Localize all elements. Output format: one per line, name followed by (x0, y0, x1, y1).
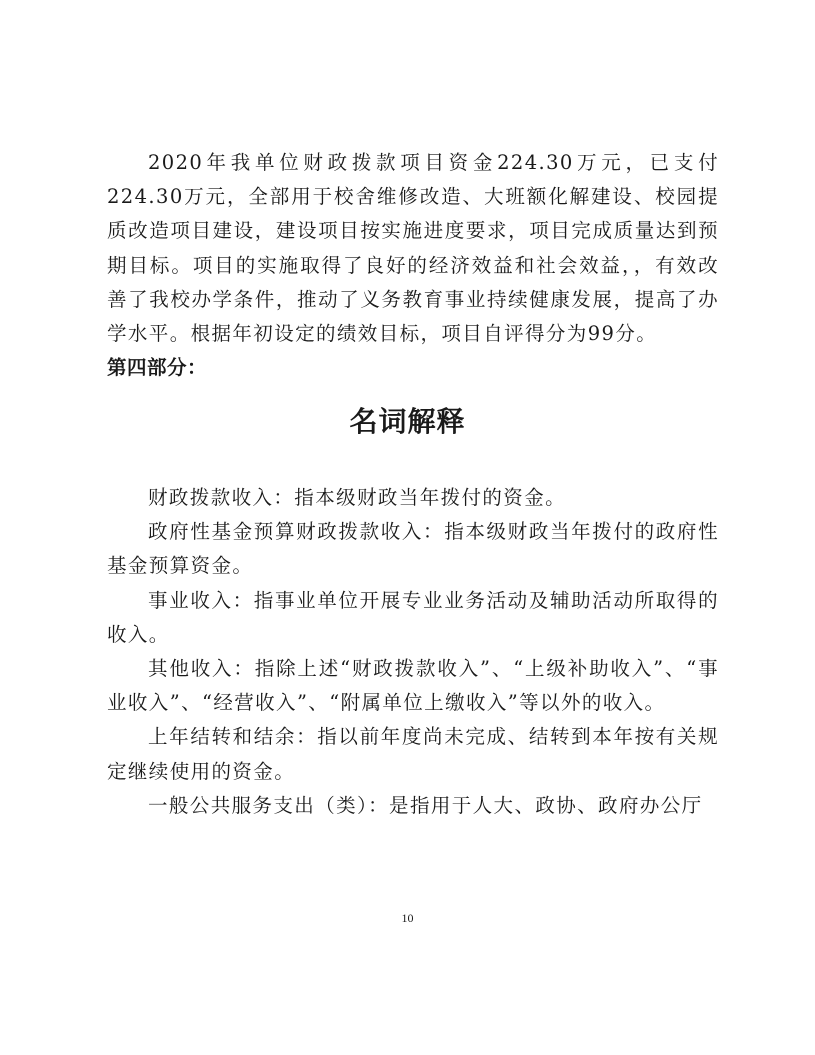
definition-paragraph: 一般公共服务支出（类）：是指用于人大、政协、政府办公厅 (107, 789, 719, 823)
section-label: 第四部分： (107, 351, 719, 385)
document-page: 2020年我单位财政拨款项目资金224.30万元，已支付224.30万元，全部用… (0, 0, 815, 1055)
performance-paragraph: 2020年我单位财政拨款项目资金224.30万元，已支付224.30万元，全部用… (107, 146, 719, 351)
definition-paragraph: 事业收入：指事业单位开展专业业务活动及辅助活动所取得的收入。 (107, 584, 719, 652)
definition-paragraph: 财政拨款收入：指本级财政当年拨付的资金。 (107, 481, 719, 515)
page-number: 10 (0, 911, 815, 926)
intro-block: 2020年我单位财政拨款项目资金224.30万元，已支付224.30万元，全部用… (107, 146, 719, 385)
definition-paragraph: 其他收入：指除上述“财政拨款收入”、“上级补助收入”、“事业收入”、“经营收入”… (107, 652, 719, 720)
definition-paragraph: 上年结转和结余：指以前年度尚未完成、结转到本年按有关规定继续使用的资金。 (107, 720, 719, 788)
definitions-block: 财政拨款收入：指本级财政当年拨付的资金。 政府性基金预算财政拨款收入：指本级财政… (107, 481, 719, 823)
page-title: 名词解释 (0, 400, 815, 440)
definition-paragraph: 政府性基金预算财政拨款收入：指本级财政当年拨付的政府性基金预算资金。 (107, 515, 719, 583)
